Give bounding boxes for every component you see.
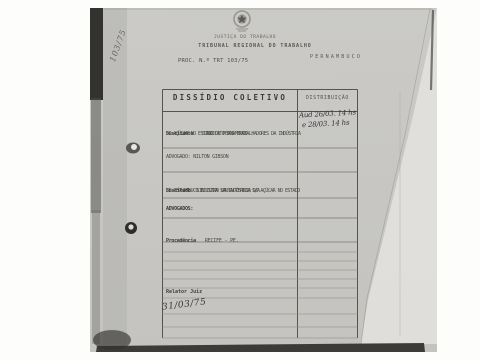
suscitante-value-line2: DO AÇÚCAR NO ESTADO DE PERNAMBUCO — [166, 131, 247, 137]
procedencia-row: ProcedênciaRECIFE - PE. — [166, 227, 239, 246]
scanned-document-photo: JUSTIÇA DO TRABALHO TRIBUNAL REGIONAL DO… — [0, 0, 480, 360]
suscitado-value-line2: DE PERNAMBUCO E USINA SANTA TEREZA S/A — [166, 188, 260, 194]
advogado-row: ADVOGADO: NILTON GIBSON — [166, 154, 228, 160]
procedencia-label: Procedência — [166, 238, 196, 244]
distribution-column-header: DISTRIBUIÇÃO — [298, 96, 357, 101]
relator-label: Relator Juiz — [166, 289, 202, 295]
header-justice-line: JUSTIÇA DO TRABALHO — [155, 35, 335, 40]
table-title: DISSÍDIO COLETIVO — [163, 93, 297, 102]
procedencia-value: RECIFE - PE. — [205, 238, 239, 244]
header-tribunal-line: TRIBUNAL REGIONAL DO TRABALHO — [160, 43, 350, 49]
advogados-label: ADVOGADOS: — [166, 206, 193, 212]
proc-number: PROC. N.º TRT 103/75 — [178, 58, 248, 64]
header-state-line: PERNAMBUCO — [310, 54, 362, 60]
